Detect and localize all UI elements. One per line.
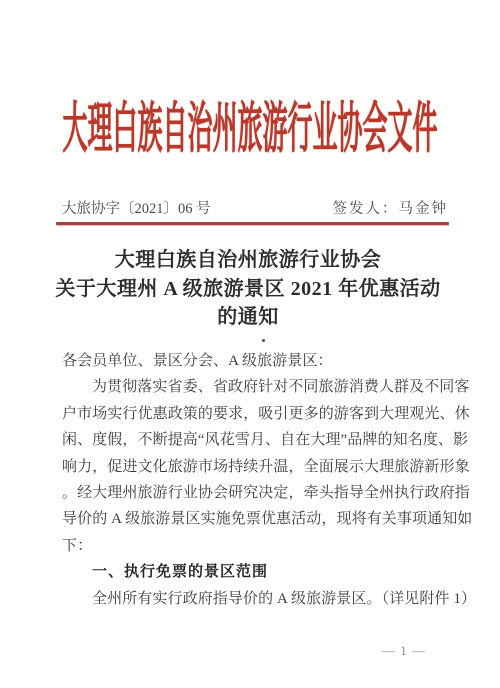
document-page: 大理白族自治州旅游行业协会文件 大旅协字〔2021〕06 号 签发人：马金钟 大… — [0, 0, 500, 688]
section-1-body: 全州所有实行政府指导价的 A 级旅游景区。（详见附件 1） — [62, 586, 452, 612]
page-number: — 1 — — [382, 643, 426, 659]
document-title: 大理白族自治州旅游行业协会 关于大理州 A 级旅游景区 2021 年优惠活动 的… — [0, 246, 496, 332]
salutation-line: 各会员单位、景区分会、A 级旅游景区： — [62, 348, 452, 374]
document-title-line-1: 大理白族自治州旅游行业协会 — [0, 246, 496, 275]
letterhead-title: 大理白族自治州旅游行业协会文件 — [0, 103, 500, 158]
doc-info-row: 大旅协字〔2021〕06 号 签发人：马金钟 — [62, 197, 448, 218]
doc-number: 大旅协字〔2021〕06 号 — [62, 197, 211, 218]
scan-artifact-dot — [262, 339, 265, 342]
document-title-line-3: 的通知 — [0, 303, 496, 332]
issuer-name: 签发人：马金钟 — [333, 197, 449, 218]
red-divider-rule — [56, 222, 449, 225]
body-line: 户市场实行优惠政策的要求，吸引更多的游客到大理观光、休 — [62, 401, 452, 427]
body-line: 下： — [62, 533, 452, 559]
body-line: 为贯彻落实省委、省政府针对不同旅游消费人群及不同客 — [62, 374, 452, 400]
section-1-heading: 一、执行免票的景区范围 — [62, 559, 452, 585]
body-line: 。经大理州旅游行业协会研究决定，牵头指导全州执行政府指 — [62, 480, 452, 506]
document-body: 各会员单位、景区分会、A 级旅游景区： 为贯彻落实省委、省政府针对不同旅游消费人… — [62, 348, 452, 612]
document-title-line-2: 关于大理州 A 级旅游景区 2021 年优惠活动 — [0, 275, 496, 304]
body-line: 导价的 A 级旅游景区实施免票优惠活动，现将有关事项通知如 — [62, 506, 452, 532]
body-line: 闲、度假，不断提高“风花雪月、自在大理”品牌的知名度、影 — [62, 427, 452, 453]
body-line: 响力，促进文化旅游市场持续升温，全面展示大理旅游新形象 — [62, 454, 452, 480]
